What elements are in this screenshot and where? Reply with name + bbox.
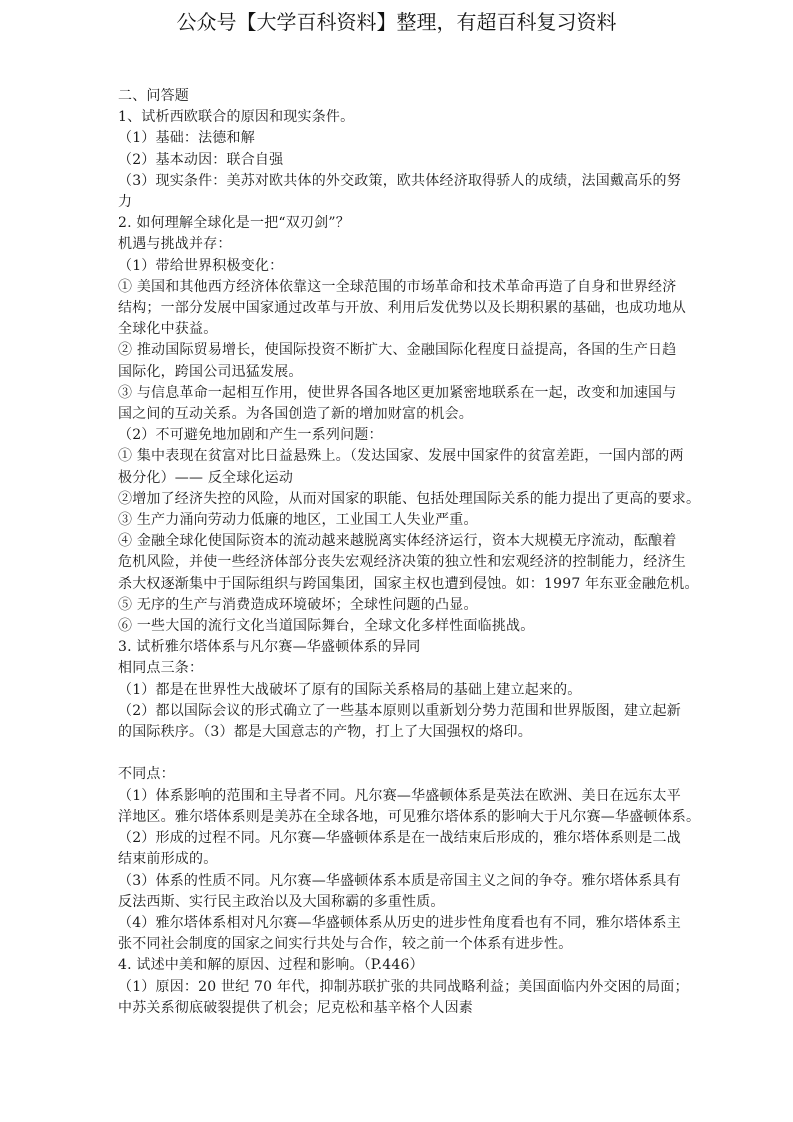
answer-line: （1）体系影响的范围和主导者不同。凡尔赛—华盛顿体系是英法在欧洲、美日在远东太平 [118, 786, 688, 807]
answer-line: 结束前形成的。 [118, 849, 688, 870]
answer-line: 杀大权逐渐集中于国际组织与跨国集团，国家主权也遭到侵蚀。如：1997 年东亚金融… [118, 574, 688, 595]
answer-line: 国之间的互动关系。为各国创造了新的增加财富的机会。 [118, 404, 688, 425]
answer-line: ① 美国和其他西方经济体依靠这一全球范围的市场革命和技术革命再造了自身和世界经济 [118, 277, 688, 298]
page-header: 公众号【大学百科资料】整理，有超百科复习资料 [0, 8, 793, 36]
answer-line: 极分化）—— 反全球化运动 [118, 468, 688, 489]
answer-line: ⑥ 一些大国的流行文化当道国际舞台，全球文化多样性面临挑战。 [118, 616, 688, 637]
answer-line: （2）都以国际会议的形式确立了一些基本原则以重新划分势力范围和世界版图，建立起新 [118, 701, 688, 722]
document-body: 二、问答题 1、试析西欧联合的原因和现实条件。 （1）基础：法德和解 （2）基本… [118, 86, 688, 1019]
answer-line: 中苏关系彻底破裂提供了机会；尼克松和基辛格个人因素 [118, 998, 688, 1019]
answer-line: ① 集中表现在贫富对比日益悬殊上。（发达国家、发展中国家件的贫富差距，一国内部的… [118, 446, 688, 467]
answer-line: （3）现实条件：美苏对欧共体的外交政策，欧共体经济取得骄人的成绩，法国戴高乐的努 [118, 171, 688, 192]
answer-line: 的国际秩序。（3）都是大国意志的产物，打上了大国强权的烙印。 [118, 722, 688, 743]
answer-line: ② 推动国际贸易增长，使国际投资不断扩大、金融国际化程度日益提高，各国的生产日趋 [118, 340, 688, 361]
answer-line: 机遇与挑战并存： [118, 234, 688, 255]
answer-line: 国际化，跨国公司迅猛发展。 [118, 362, 688, 383]
answer-line: 危机风险，并使一些经济体部分丧失宏观经济决策的独立性和宏观经济的控制能力，经济生 [118, 552, 688, 573]
answer-line: 不同点： [118, 764, 688, 785]
answer-line: （1）都是在世界性大战破坏了原有的国际关系格局的基础上建立起来的。 [118, 680, 688, 701]
section-heading: 二、问答题 [118, 86, 688, 107]
answer-line: 洋地区。雅尔塔体系则是美苏在全球各地，可见雅尔塔体系的影响大于凡尔赛—华盛顿体系… [118, 807, 688, 828]
answer-line: （1）原因：20 世纪 70 年代，抑制苏联扩张的共同战略利益；美国面临内外交困… [118, 977, 688, 998]
answer-line: ③ 生产力涌向劳动力低廉的地区，工业国工人失业严重。 [118, 510, 688, 531]
answer-line: 力 [118, 192, 688, 213]
answer-line: ⑤ 无序的生产与消费造成环境破坏；全球性问题的凸显。 [118, 595, 688, 616]
answer-line: ②增加了经济失控的风险，从而对国家的职能、包括处理国际关系的能力提出了更高的要求… [118, 489, 688, 510]
answer-line: （4）雅尔塔体系相对凡尔赛—华盛顿体系从历史的进步性角度看也有不同，雅尔塔体系主 [118, 913, 688, 934]
question-3: 3. 试析雅尔塔体系与凡尔赛—华盛顿体系的异同 [118, 637, 688, 658]
question-1: 1、试析西欧联合的原因和现实条件。 [118, 107, 688, 128]
answer-line: 全球化中获益。 [118, 319, 688, 340]
answer-line: （2）基本动因：联合自强 [118, 150, 688, 171]
question-4: 4. 试述中美和解的原因、过程和影响。（P.446） [118, 955, 688, 976]
answer-line: 张不同社会制度的国家之间实行共处与合作，较之前一个体系有进步性。 [118, 934, 688, 955]
answer-line: （3）体系的性质不同。凡尔赛—华盛顿体系本质是帝国主义之间的争夺。雅尔塔体系具有 [118, 871, 688, 892]
answer-line: ③ 与信息革命一起相互作用，使世界各国各地区更加紧密地联系在一起，改变和加速国与 [118, 383, 688, 404]
answer-line: （1）带给世界积极变化： [118, 256, 688, 277]
question-2: 2. 如何理解全球化是一把“双刃剑”？ [118, 213, 688, 234]
answer-line: （2）形成的过程不同。凡尔赛—华盛顿体系是在一战结束后形成的，雅尔塔体系则是二战 [118, 828, 688, 849]
answer-line: ④ 金融全球化使国际资本的流动越来越脱离实体经济运行，资本大规模无序流动，酝酿着 [118, 531, 688, 552]
answer-line: （1）基础：法德和解 [118, 128, 688, 149]
blank-line [118, 743, 688, 764]
answer-line: 反法西斯、实行民主政治以及大国称霸的多重性质。 [118, 892, 688, 913]
answer-line: 相同点三条： [118, 658, 688, 679]
answer-line: （2）不可避免地加剧和产生一系列问题： [118, 425, 688, 446]
answer-line: 结构；一部分发展中国家通过改革与开放、利用后发优势以及长期积累的基础，也成功地从 [118, 298, 688, 319]
